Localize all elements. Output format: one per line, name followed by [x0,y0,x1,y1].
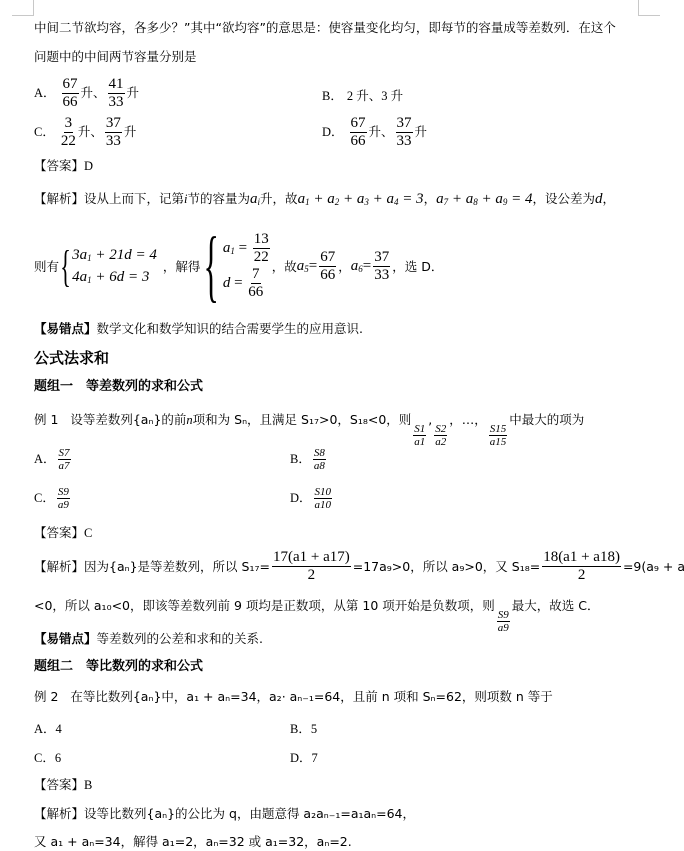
analysis-text: 设从上而下，记第 [84,191,184,206]
fraction: S15a15 [489,423,508,448]
answer-value: B [84,778,92,792]
option-c: C．S9a9 [34,486,72,511]
answer-value: D [84,159,93,173]
section-title: 公式法求和 [34,350,109,366]
answer-line: 【答案】B [34,777,92,793]
option-value: 7 [312,751,318,765]
option-label: B． [322,89,343,103]
error-tag: 【易错点】 [34,631,97,646]
unit-text: 升、 [369,124,394,139]
comma: ， [602,191,615,206]
fraction: S9a9 [497,609,510,634]
fraction: 6766 [62,76,79,111]
unit-text: 升、 [81,85,106,100]
analysis-system-line: 则有 { 3a1 + 21d = 4 4a1 + 6d = 3 ，解得 { a1… [34,228,443,304]
answer-tag: 【答案】 [34,777,84,792]
answer-value: C [84,526,92,540]
analysis-line-1: 【解析】设等比数列{aₙ}的公比为 q，由题意得 a₂aₙ₋₁=a₁aₙ=64， [34,806,415,822]
analysis-text: 则有 [34,257,59,275]
answer-line: 【答案】D [34,158,93,174]
option-label: D． [290,751,312,765]
option-label: C． [34,491,55,505]
fraction: 6766 [319,249,336,284]
option-value: 6 [55,751,61,765]
solution-system: a1 = 1322 d = 766 [223,231,272,301]
math-a6: a6 [351,258,363,275]
answer-tag: 【答案】 [34,158,84,173]
option-value: 5 [311,722,317,736]
fraction: 6766 [350,115,367,150]
example-text: 设等差数列{aₙ}的前 [70,412,186,427]
analysis-text: ，设公差为 [532,191,595,206]
fraction: 3733 [105,115,122,150]
analysis-text: ，选 D． [392,257,443,275]
option-label: D． [322,125,344,139]
analysis-tag: 【解析】 [34,557,84,575]
unit-text: 升 [127,85,140,100]
option-b: B．5 [290,719,317,737]
option-label: B． [290,452,311,466]
unit-text: 升、 [78,124,103,139]
page-corner-mark-top-right [638,0,660,16]
unit-text: 升 [415,124,428,139]
math-a5: a5 [297,258,309,275]
option-c: C． 322升、3733升 [34,115,136,150]
equation-system: 3a1 + 21d = 4 4a1 + 6d = 3 [72,244,157,288]
example-label: 例 1 [34,412,58,427]
left-brace: { [60,241,71,292]
option-c: C．6 [34,748,61,766]
analysis-text: 因为{aₙ}是等差数列，所以 S₁₇= [84,557,270,575]
comma: ， [338,257,351,275]
example-1-line: 例 1 设等差数列{aₙ}的前n项和为 Sₙ，且满足 S₁₇>0，S₁₈<0，则… [34,410,584,448]
option-label: A． [34,452,56,466]
fraction: 4133 [108,76,125,111]
analysis-text: ，解得 [163,257,201,275]
analysis-text: ，故 [272,257,297,275]
option-a: A． 6766升、4133升 [34,76,139,111]
option-b: B． 2 升、3 升 [322,86,403,104]
answer-line: 【答案】C [34,525,92,541]
analysis-text: 最大，故选 C． [512,598,600,613]
fraction: S2a2 [434,423,447,448]
fraction: 3733 [373,249,390,284]
group-1-title: 题组一 等差数列的求和公式 [34,379,203,395]
math-sum-2: a7 + a8 + a9 = 4 [436,191,532,207]
option-b: B．S8a8 [290,447,328,472]
error-tag: 【易错点】 [34,321,97,336]
option-label: A． [34,722,56,736]
option-value: 4 [56,722,62,736]
error-point-line: 【易错点】等差数列的公差和求和的关系. [34,631,263,647]
option-a: A．S7a7 [34,447,73,472]
analysis-line-1: 【解析】设从上而下，记第i节的容量为ai升，故a1 + a2 + a3 + a4… [34,191,615,207]
error-text: 等差数列的公差和求和的关系. [97,631,263,646]
analysis-text: =17a₉>0，所以 a₉>0，又 S₁₈= [353,557,540,575]
fraction: 18(a1 + a18)2 [542,549,621,584]
fraction: 17(a1 + a17)2 [272,549,351,584]
option-label: A． [34,86,56,100]
fraction: 3733 [396,115,413,150]
option-a: A．4 [34,719,62,737]
analysis-text: =9(a₉ + a₁₀) [623,559,684,574]
option-label: B． [290,722,311,736]
problem-text-line-1: 中间二节欲均容，各多少？”其中“欲均容”的意思是：使容量变化均匀，即每节的容量成… [34,20,616,36]
analysis-tag: 【解析】 [34,191,84,206]
option-label: D． [290,491,312,505]
example-text: 中最大的项为 [509,412,584,427]
answer-tag: 【答案】 [34,525,84,540]
comma: ， [424,191,437,206]
analysis-text: 节的容量为 [188,191,251,206]
example-label: 例 2 [34,689,58,704]
option-text: 2 升、3 升 [347,89,403,103]
fraction: 322 [61,115,76,150]
fraction: S1a1 [413,423,426,448]
option-label: C． [34,125,55,139]
example-2-line: 例 2 在等比数列{aₙ}中，a₁ + aₙ=34，a₂· aₙ₋₁=64，且前… [34,689,553,705]
analysis-text: 升，故 [260,191,298,206]
analysis-text: <0，所以 a₁₀<0，即该等差数列前 9 项均是正数项，从第 10 项开始是负… [34,598,495,613]
example-text: 项和为 Sₙ，且满足 S₁₇>0，S₁₈<0，则 [193,412,412,427]
left-brace: { [204,221,219,312]
group-2-title: 题组二 等比数列的求和公式 [34,659,203,675]
fraction: S7a7 [58,447,71,472]
analysis-line-1: 【解析】因为{aₙ}是等差数列，所以 S₁₇=17(a1 + a17)2=17a… [34,548,684,584]
fraction: S8a8 [313,447,326,472]
unit-text: 升 [124,124,137,139]
page-corner-mark-top-left [12,0,34,16]
option-d: D． 6766升、3733升 [322,115,427,150]
fraction: S10a10 [314,486,333,511]
problem-text-line-2: 问题中的中间两节容量分别是 [34,49,197,65]
math-var: ai [250,191,260,207]
error-text: 数学文化和数学知识的结合需要学生的应用意识. [97,321,363,336]
analysis-line-2: <0，所以 a₁₀<0，即该等差数列前 9 项均是正数项，从第 10 项开始是负… [34,596,599,634]
fraction: S9a9 [57,486,70,511]
ellipsis: ，…， [449,412,487,427]
option-d: D．S10a10 [290,486,334,511]
option-d: D．7 [290,748,318,766]
option-label: C． [34,751,55,765]
analysis-line-2: 又 a₁ + aₙ=34，解得 a₁=2，aₙ=32 或 a₁=32，aₙ=2. [34,834,352,850]
example-text: 在等比数列{aₙ}中，a₁ + aₙ=34，a₂· aₙ₋₁=64，且前 n 项… [70,689,552,704]
math-sum-1: a1 + a2 + a3 + a4 = 3 [298,191,424,207]
error-point-line: 【易错点】数学文化和数学知识的结合需要学生的应用意识. [34,321,363,337]
